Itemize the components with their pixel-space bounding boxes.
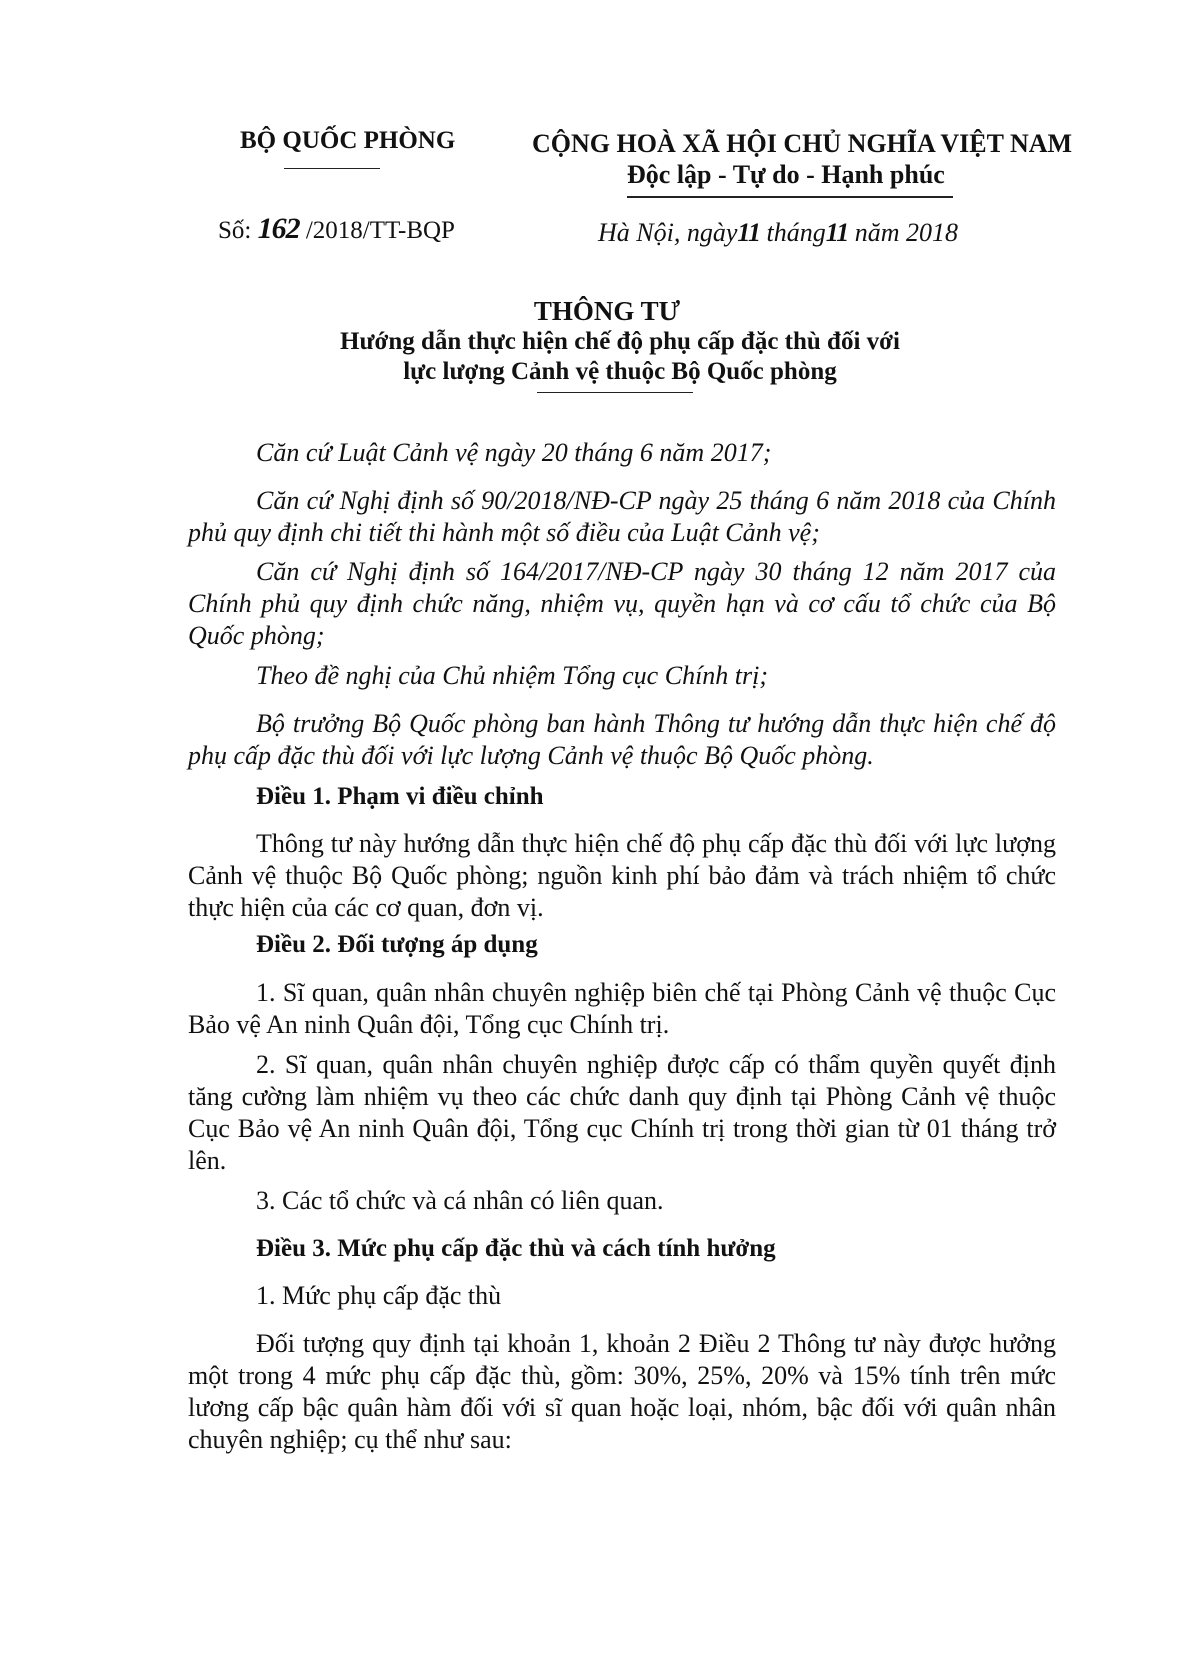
article-2-item-2: 2. Sĩ quan, quân nhân chuyên nghiệp được… — [188, 1049, 1056, 1177]
date-year: năm 2018 — [855, 218, 958, 247]
title-line-2: lực lượng Cảnh vệ thuộc Bộ Quốc phòng — [0, 358, 1184, 386]
document-date: Hà Nội, ngày11 tháng11 năm 2018 — [598, 218, 958, 248]
article-2-item-1: 1. Sĩ quan, quân nhân chuyên nghiệp biên… — [188, 977, 1056, 1041]
number-handwritten: 162 — [258, 212, 300, 245]
motto-underline — [627, 196, 953, 198]
document-number: Số: 162 /2018/TT-BQP — [218, 212, 455, 246]
date-day: 11 — [737, 218, 760, 247]
article-3-heading: Điều 3. Mức phụ cấp đặc thù và cách tính… — [188, 1233, 1056, 1265]
date-month-label: tháng — [766, 218, 825, 247]
article-1-paragraph: Thông tư này hướng dẫn thực hiện chế độ … — [188, 828, 1056, 924]
article-3-paragraph: Đối tượng quy định tại khoản 1, khoản 2 … — [188, 1328, 1056, 1456]
document-type: THÔNG TƯ — [0, 296, 1184, 327]
preamble-1: Căn cứ Luật Cảnh vệ ngày 20 tháng 6 năm … — [188, 437, 1056, 469]
title-line-1: Hướng dẫn thực hiện chế độ phụ cấp đặc t… — [0, 328, 1184, 356]
republic-name: CỘNG HOÀ XÃ HỘI CHỦ NGHĨA VIỆT NAM — [532, 129, 1072, 159]
article-3-subheading-1: 1. Mức phụ cấp đặc thù — [188, 1280, 1056, 1312]
preamble-4: Theo đề nghị của Chủ nhiệm Tổng cục Chín… — [188, 660, 1056, 692]
date-month: 11 — [826, 218, 849, 247]
preamble-3: Căn cứ Nghị định số 164/2017/NĐ-CP ngày … — [188, 556, 1056, 652]
title-underline — [537, 392, 693, 393]
number-suffix: /2018/TT-BQP — [306, 217, 455, 244]
article-2-heading: Điều 2. Đối tượng áp dụng — [188, 929, 1056, 961]
article-2-item-3: 3. Các tổ chức và cá nhân có liên quan. — [188, 1185, 1056, 1217]
date-place: Hà Nội, ngày — [598, 218, 737, 247]
article-1-heading: Điều 1. Phạm vi điều chỉnh — [188, 781, 1056, 813]
preamble-2: Căn cứ Nghị định số 90/2018/NĐ-CP ngày 2… — [188, 485, 1056, 549]
ministry-underline — [284, 168, 380, 169]
number-prefix: Số: — [218, 217, 251, 244]
preamble-5: Bộ trưởng Bộ Quốc phòng ban hành Thông t… — [188, 708, 1056, 772]
ministry-name: BỘ QUỐC PHÒNG — [240, 127, 455, 155]
national-motto: Độc lập - Tự do - Hạnh phúc — [627, 160, 945, 190]
